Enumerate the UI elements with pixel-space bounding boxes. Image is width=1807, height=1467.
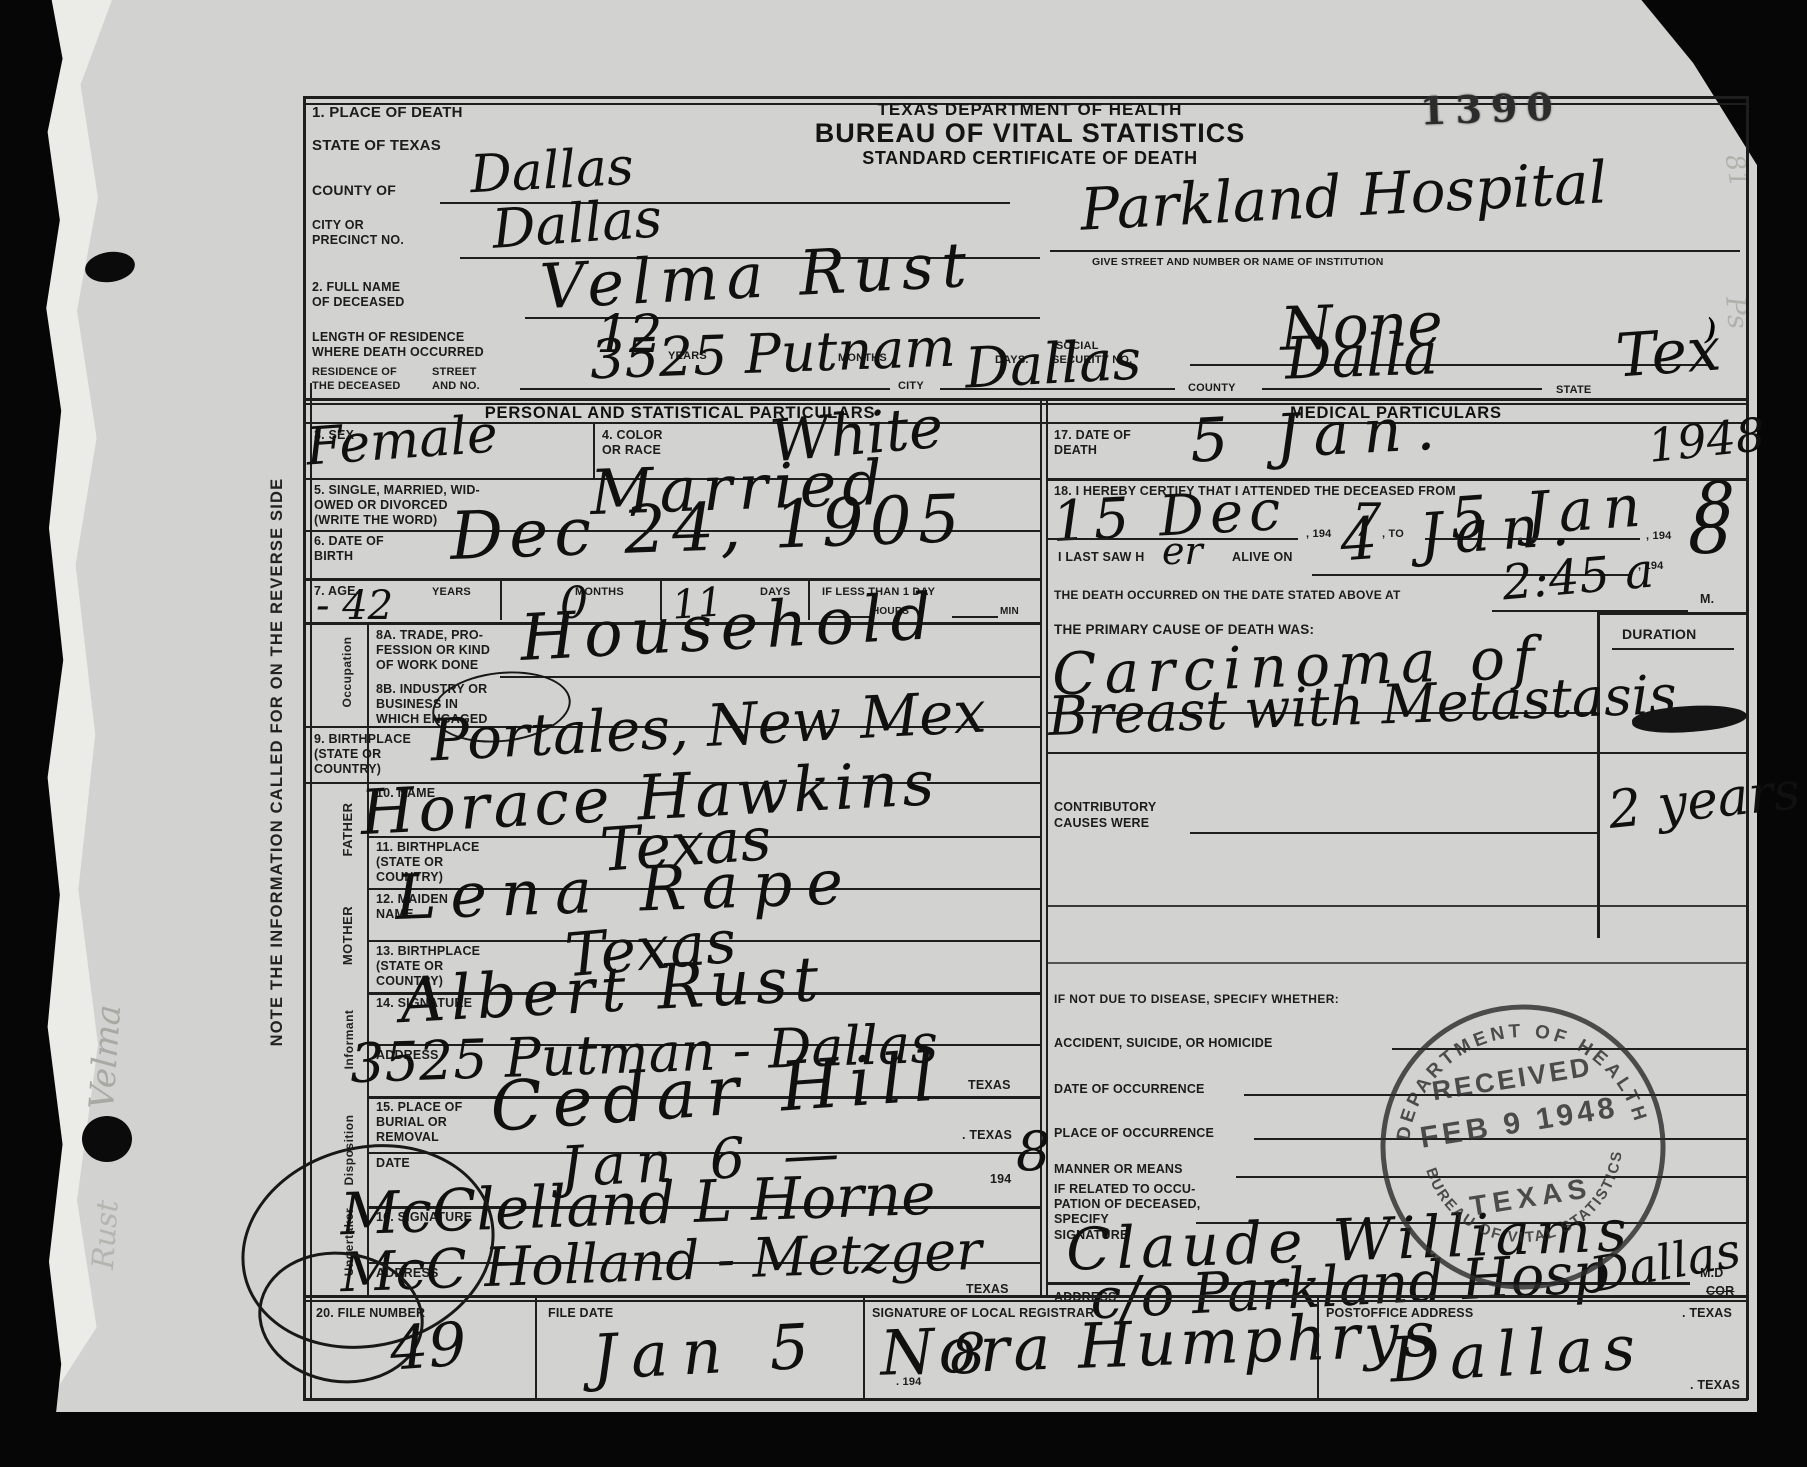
not-disease-label: IF NOT DUE TO DISEASE, SPECIFY WHETHER:	[1054, 992, 1339, 1007]
city-label-1: CITY OR	[312, 218, 364, 234]
county-label: COUNTY OF	[312, 182, 396, 200]
group-label-father: FATHER	[340, 777, 355, 882]
city2-rule	[940, 388, 1175, 390]
marital-label-2: OWED OR DIVORCED	[314, 498, 448, 514]
section-band-bottom	[303, 422, 1748, 424]
occupation-related-label-1: IF RELATED TO OCCU-	[1054, 1182, 1196, 1198]
residence-addr-label-2: THE DECEASED	[312, 380, 401, 394]
lastsaw-year-hw: 8	[1688, 498, 1733, 561]
fullname-label-1: 2. FULL NAME	[312, 280, 400, 296]
residence-addr-label-1b: STREET	[432, 366, 477, 380]
strip-divider-1	[535, 1295, 537, 1400]
scan-border-right	[1757, 0, 1807, 1467]
file-date-label: FILE DATE	[548, 1306, 613, 1322]
blank-rule-1	[1048, 905, 1746, 907]
county2-label: COUNTY	[1188, 382, 1236, 396]
residence-length-label-1: LENGTH OF RESIDENCE	[312, 330, 464, 346]
fullname-label-2: OF DECEASED	[312, 295, 405, 311]
trade-label-2: FESSION OR KIND	[376, 643, 490, 659]
city2-label: CITY	[898, 380, 924, 394]
marital-label-1: 5. SINGLE, MARRIED, WID-	[314, 483, 480, 499]
informant-addr-state-label: TEXAS	[968, 1078, 1011, 1094]
place-of-death-label: 1. PLACE OF DEATH	[312, 104, 463, 123]
pencil-note-left-name: Velma	[82, 1003, 129, 1110]
trade-value: Household	[519, 589, 941, 668]
postoffice-state-label: . TEXAS	[1690, 1378, 1740, 1394]
sex-value: Female	[305, 411, 500, 471]
section-band-top-1	[303, 398, 1748, 401]
trade-label-1: 8A. TRADE, PRO-	[376, 628, 483, 644]
residence-addr-label-2b: AND NO.	[432, 380, 480, 394]
age-min-label: MIN	[1000, 606, 1019, 619]
fullname-value: Velma Rust	[539, 237, 976, 315]
header-department: TEXAS DEPARTMENT OF HEALTH	[700, 100, 1360, 120]
accident-label: ACCIDENT, SUICIDE, OR HOMICIDE	[1054, 1036, 1273, 1052]
form-border-right	[1746, 96, 1749, 1400]
lastsaw-label-2: ALIVE ON	[1232, 550, 1293, 566]
death-time-value: 2:45 a	[1500, 549, 1655, 605]
city-label-2: PRECINCT NO.	[312, 233, 404, 249]
postoffice-value: Dallas	[1389, 1319, 1647, 1388]
residence-length-label-2: WHERE DEATH OCCURRED	[312, 345, 484, 361]
age-col-divider-1	[500, 580, 502, 620]
burial-state-label: . TEXAS	[962, 1128, 1012, 1144]
duration-label: DURATION	[1622, 626, 1696, 644]
strip-divider-2	[863, 1295, 865, 1400]
street-value: 3525 Putnam	[589, 324, 956, 385]
blank-rule-2	[1048, 962, 1746, 964]
certificate-number: 1390	[1419, 84, 1562, 134]
received-stamp: DEPARTMENT OF HEALTH BUREAU OF VITAL STA…	[1346, 970, 1701, 1325]
burial-label-1: 15. PLACE OF	[376, 1100, 462, 1116]
header-bureau: BUREAU OF VITAL STATISTICS	[670, 118, 1390, 149]
mother-bp-label-1: 13. BIRTHPLACE	[376, 944, 480, 960]
duration-box-top	[1597, 612, 1746, 615]
birthplace-label-1: 9. BIRTHPLACE	[314, 732, 411, 748]
row8a-rule	[500, 676, 1040, 678]
contrib-rule	[1190, 832, 1597, 834]
city2-value: Dallas	[964, 335, 1143, 395]
dob-label-1: 6. DATE OF	[314, 534, 384, 550]
burial-date-year-printed: 194	[990, 1172, 1011, 1188]
father-bp-label-1: 11. BIRTHPLACE	[376, 840, 480, 856]
dob-value: Dec 24, 1905	[449, 489, 967, 566]
hole-punch-bottom	[82, 1116, 132, 1162]
death-time-m-label: M.	[1700, 592, 1714, 608]
burial-date-year-hw: 8	[1016, 1128, 1050, 1177]
duration-box-left	[1597, 612, 1600, 938]
lastsaw-label-1: I LAST SAW H	[1058, 550, 1144, 566]
race-label-1: 4. COLOR	[602, 428, 663, 444]
file-date-value: Jan 5	[591, 1318, 825, 1386]
manner-means-label: MANNER OR MEANS	[1054, 1162, 1183, 1178]
scan-border-bottom	[0, 1412, 1807, 1467]
state2-label: STATE	[1556, 384, 1591, 398]
county2-value: Dalla	[1284, 327, 1438, 384]
strip-top-rule-1	[303, 1295, 1748, 1298]
trade-label-3: OF WORK DONE	[376, 658, 478, 674]
dod-label-1: 17. DATE OF	[1054, 428, 1131, 444]
place-occurrence-label: PLACE OF OCCURRENCE	[1054, 1126, 1214, 1142]
pencil-note-left-surname: Rust	[86, 1199, 126, 1271]
age-years-label: YEARS	[432, 586, 471, 600]
county2-rule	[1262, 388, 1542, 390]
birthplace-label-2: (STATE OR	[314, 747, 381, 763]
state-of-texas-label: STATE OF TEXAS	[312, 137, 441, 156]
occupation-related-label-2: PATION OF DECEASED,	[1054, 1197, 1200, 1213]
marital-label-3: (WRITE THE WORD)	[314, 513, 437, 529]
physician-addr-state-label: . TEXAS	[1682, 1306, 1732, 1322]
institution-hint-label: GIVE STREET AND NUMBER OR NAME OF INSTIT…	[1092, 256, 1384, 269]
group-label-mother: MOTHER	[340, 883, 355, 988]
cause-line-2-rule	[1048, 752, 1746, 754]
form-border-bottom	[303, 1398, 1748, 1401]
death-occurred-label: THE DEATH OCCURRED ON THE DATE STATED AB…	[1054, 588, 1401, 603]
dod-year-value: 1948	[1646, 414, 1767, 467]
scanned-death-certificate: Velma Rust 81 Ps NOTE THE INFORMATION CA…	[0, 0, 1807, 1467]
residence-addr-label-1: RESIDENCE OF	[312, 366, 397, 380]
group-label-occupation: Occupation	[340, 622, 354, 722]
street-rule	[520, 388, 890, 390]
from-year-printed: , 194	[1306, 528, 1331, 542]
burial-label-2: BURIAL OR	[376, 1115, 447, 1131]
postoffice-label: POSTOFFICE ADDRESS	[1326, 1306, 1473, 1322]
institution-rule	[1050, 250, 1740, 252]
age-years-value: - 42	[316, 588, 393, 624]
margin-reverse-side-note: NOTE THE INFORMATION CALLED FOR ON THE R…	[268, 332, 287, 1192]
contrib-label-1: CONTRIBUTORY	[1054, 800, 1156, 816]
state2-value: Tex	[1614, 322, 1722, 383]
contrib-label-2: CAUSES WERE	[1054, 816, 1149, 832]
age-min-rule	[952, 616, 998, 618]
file-number-value: 49	[388, 1317, 468, 1376]
strip-top-rule-2	[303, 1300, 1748, 1302]
lastsaw-pronoun-hw: er	[1162, 534, 1203, 568]
dob-label-2: BIRTH	[314, 549, 353, 565]
dod-label-2: DEATH	[1054, 443, 1097, 459]
date-occurrence-label: DATE OF OCCURRENCE	[1054, 1082, 1205, 1098]
duration-label-rule	[1612, 648, 1734, 650]
pencil-note-right-2: Ps	[1719, 295, 1755, 330]
dod-value: 5 Jan.	[1189, 401, 1450, 468]
